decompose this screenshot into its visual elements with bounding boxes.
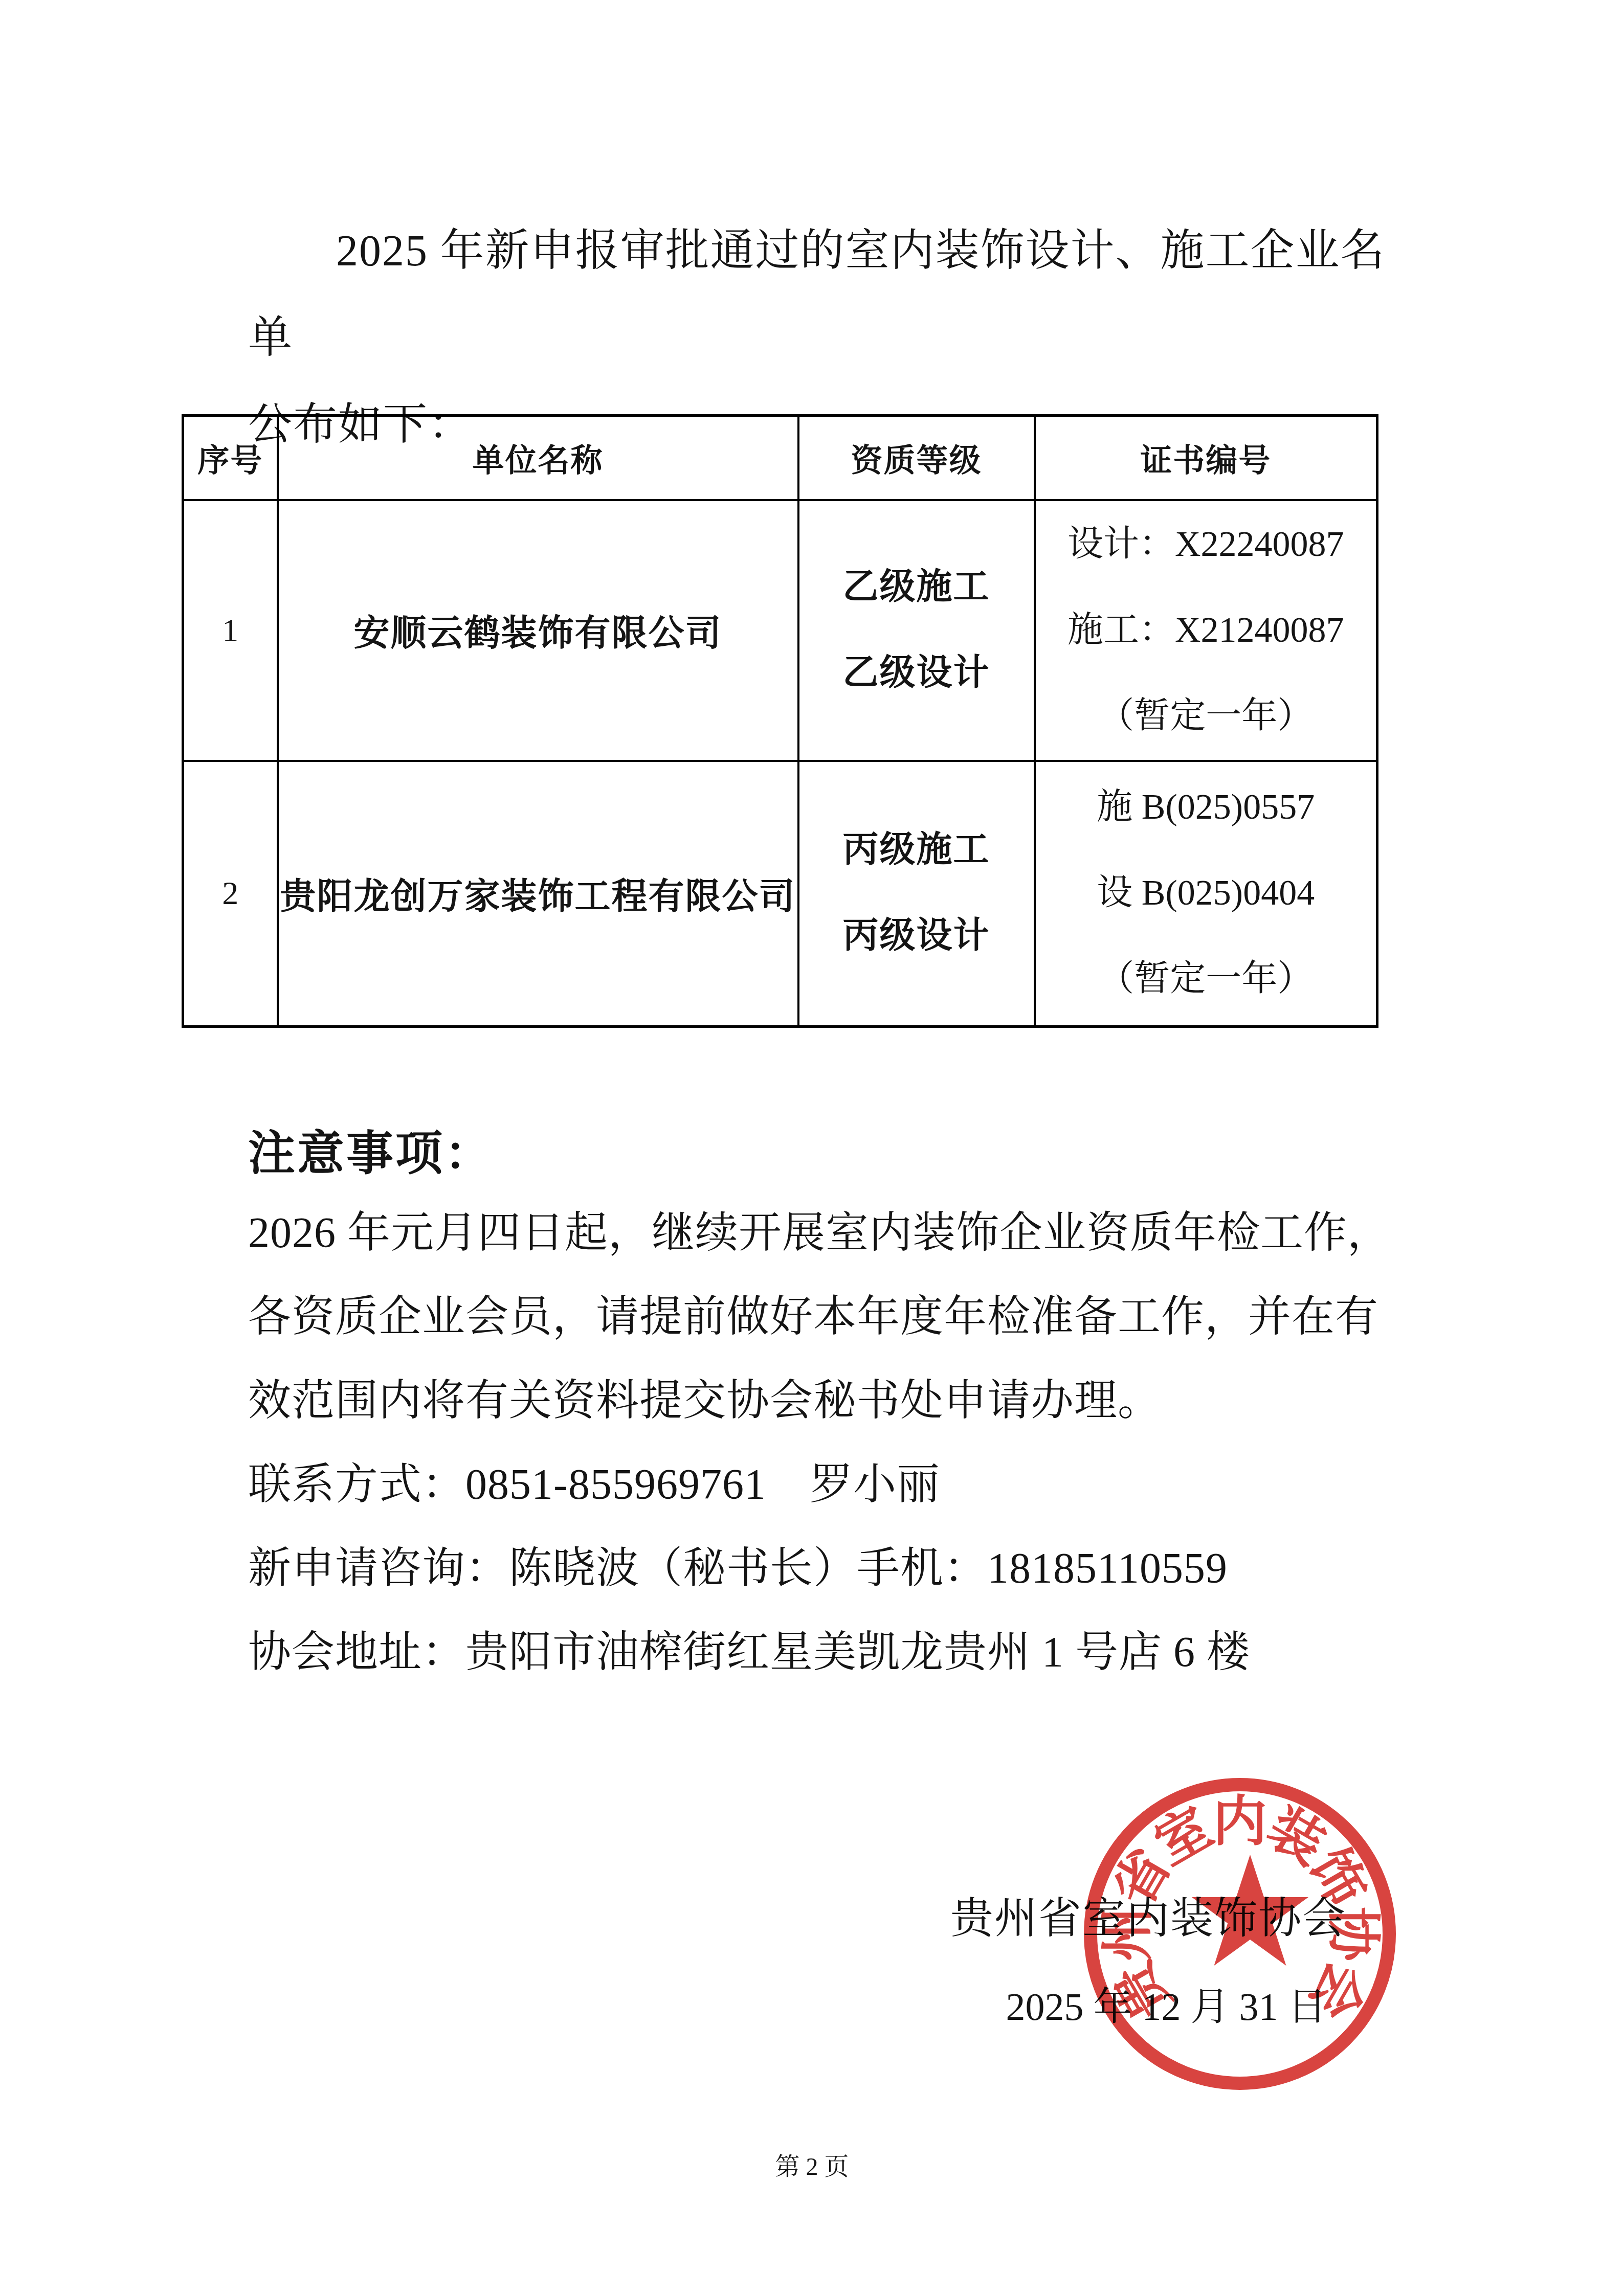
table-header-row: 序号 单位名称 资质等级 证书编号 [183, 416, 1377, 500]
notice-line-address: 协会地址：贵阳市油榨街红星美凯龙贵州 1 号店 6 楼 [248, 1611, 1414, 1695]
cert-line: 设 B(025)0404 [1097, 875, 1315, 912]
document-page: 2025 年新申报审批通过的室内装饰设计、施工企业名单 公布如下： 序号 单位名… [0, 0, 1624, 2296]
notice-line-consult: 新申请咨询：陈晓波（秘书长）手机：18185110559 [248, 1527, 1414, 1611]
grade-line: 丙级设计 [843, 918, 990, 955]
company-name: 贵阳龙创万家装饰工程有限公司 [278, 761, 798, 1027]
companies-table: 序号 单位名称 资质等级 证书编号 1 安顺云鹤装饰有限公司 乙级施工 乙级设计… [182, 414, 1378, 1028]
grade-line: 丙级施工 [843, 832, 990, 869]
seal-char: 内 [1213, 1792, 1267, 1852]
seal-char: 协 [1323, 1907, 1383, 1963]
notice-line: 2026 年元月四日起，继续开展室内装饰企业资质年检工作， [248, 1191, 1414, 1275]
title-line-1: 2025 年新申报审批通过的室内装饰设计、施工企业名单 [248, 207, 1414, 381]
company-name: 安顺云鹤装饰有限公司 [278, 500, 798, 761]
grade-line: 乙级设计 [843, 655, 990, 692]
row-index: 2 [183, 761, 278, 1027]
notice-line-contact: 联系方式：0851-855969761 罗小丽 [248, 1443, 1414, 1527]
header-company: 单位名称 [278, 416, 798, 500]
seal-char: 州 [1098, 1907, 1158, 1961]
cert-line: 施 B(025)0557 [1097, 789, 1315, 826]
grade-line: 乙级施工 [843, 569, 990, 606]
cert-cell: 施 B(025)0557 设 B(025)0404 （暂定一年） [1035, 761, 1377, 1027]
header-cert: 证书编号 [1035, 416, 1377, 500]
notice-line: 效范围内将有关资料提交协会秘书处申请办理。 [248, 1359, 1414, 1443]
header-grade: 资质等级 [798, 416, 1035, 500]
cert-line: 施工：X21240087 [1067, 612, 1344, 649]
notice-heading: 注意事项： [248, 1123, 494, 1184]
row-index: 1 [183, 500, 278, 761]
grade-cell: 丙级施工 丙级设计 [798, 761, 1035, 1027]
cert-line: （暂定一年） [1098, 698, 1313, 735]
grade-cell: 乙级施工 乙级设计 [798, 500, 1035, 761]
cert-line: （暂定一年） [1098, 961, 1313, 998]
cert-line: 设计：X22240087 [1067, 526, 1344, 563]
cert-cell: 设计：X22240087 施工：X21240087 （暂定一年） [1035, 500, 1377, 761]
notice-line: 各资质企业会员，请提前做好本年度年检准备工作，并在有 [248, 1275, 1414, 1359]
seal-star [1192, 1855, 1308, 1966]
official-seal-stamp: 贵州省室内装饰协会 [1045, 1740, 1434, 2128]
table-row: 2 贵阳龙创万家装饰工程有限公司 丙级施工 丙级设计 施 B(025)0557 … [183, 761, 1377, 1027]
header-index: 序号 [183, 416, 278, 500]
notice-body: 2026 年元月四日起，继续开展室内装饰企业资质年检工作， 各资质企业会员，请提… [248, 1191, 1414, 1695]
table-row: 1 安顺云鹤装饰有限公司 乙级施工 乙级设计 设计：X22240087 施工：X… [183, 500, 1377, 761]
page-number: 第 2 页 [0, 2153, 1624, 2181]
